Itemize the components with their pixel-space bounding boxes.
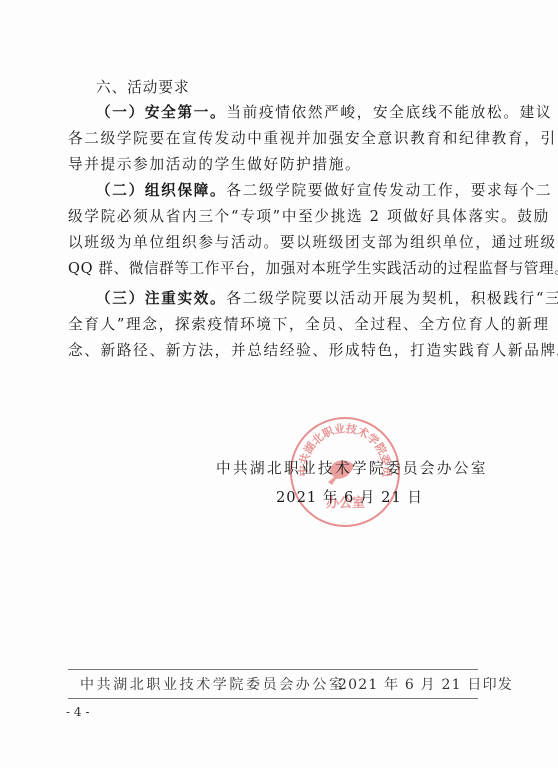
item-1-text: 当前疫情依然严峻，安全底线不能放松。建议 [226, 104, 552, 121]
footer-issuer: 中共湖北职业技术学院委员会办公室 [80, 674, 346, 694]
item-2-line-1: （二）组织保障。各二级学院要做好宣传发动工作，要求每个二 [96, 181, 494, 201]
item-3-line-3: 念、新路径、新方法，并总结经验、形成特色，打造实践育人新品牌。 [68, 341, 494, 361]
item-3-label: （三）注重实效。 [96, 290, 226, 307]
section-heading: 六、活动要求 [96, 76, 190, 97]
item-1-label: （一）安全第一。 [96, 104, 226, 121]
item-2-line-2: 级学院必须从省内三个“专项”中至少挑选 2 项做好具体落实。鼓励 [68, 207, 494, 227]
item-2-label: （二）组织保障。 [96, 182, 226, 199]
footer-bottom-rule [68, 698, 478, 699]
item-1-line-3: 导并提示参加活动的学生做好防护措施。 [68, 155, 494, 175]
footer-top-rule [68, 669, 478, 670]
footer-issue-date: 2021 年 6 月 21 日印发 [338, 674, 513, 694]
item-3-line-1: （三）注重实效。各二级学院要以活动开展为契机，积极践行“三 [96, 289, 494, 309]
item-1-line-2: 各二级学院要在宣传发动中重视并加强安全意识教育和纪律教育，引 [68, 129, 494, 149]
signature-date: 2021 年 6 月 21 日 [276, 486, 423, 507]
item-1-line-1: （一）安全第一。当前疫情依然严峻，安全底线不能放松。建议 [96, 103, 494, 123]
item-3-line-2: 全育人”理念，探索疫情环境下，全员、全过程、全方位育人的新理 [68, 315, 494, 335]
signature-org: 中共湖北职业技术学院委员会办公室 [216, 457, 488, 478]
item-2-line-3: 以班级为单位组织参与活动。要以班级团支部为组织单位，通过班级 [68, 233, 494, 253]
item-3-text: 各二级学院要以活动开展为契机，积极践行“三 [226, 290, 558, 307]
page-number: - 4 - [66, 705, 89, 719]
document-page: 六、活动要求 （一）安全第一。当前疫情依然严峻，安全底线不能放松。建议 各二级学… [0, 0, 558, 768]
item-2-text: 各二级学院要做好宣传发动工作，要求每个二 [226, 182, 552, 199]
item-2-line-4: QQ 群、微信群等工作平台，加强对本班学生实践活动的过程监督与管理。 [68, 259, 494, 279]
